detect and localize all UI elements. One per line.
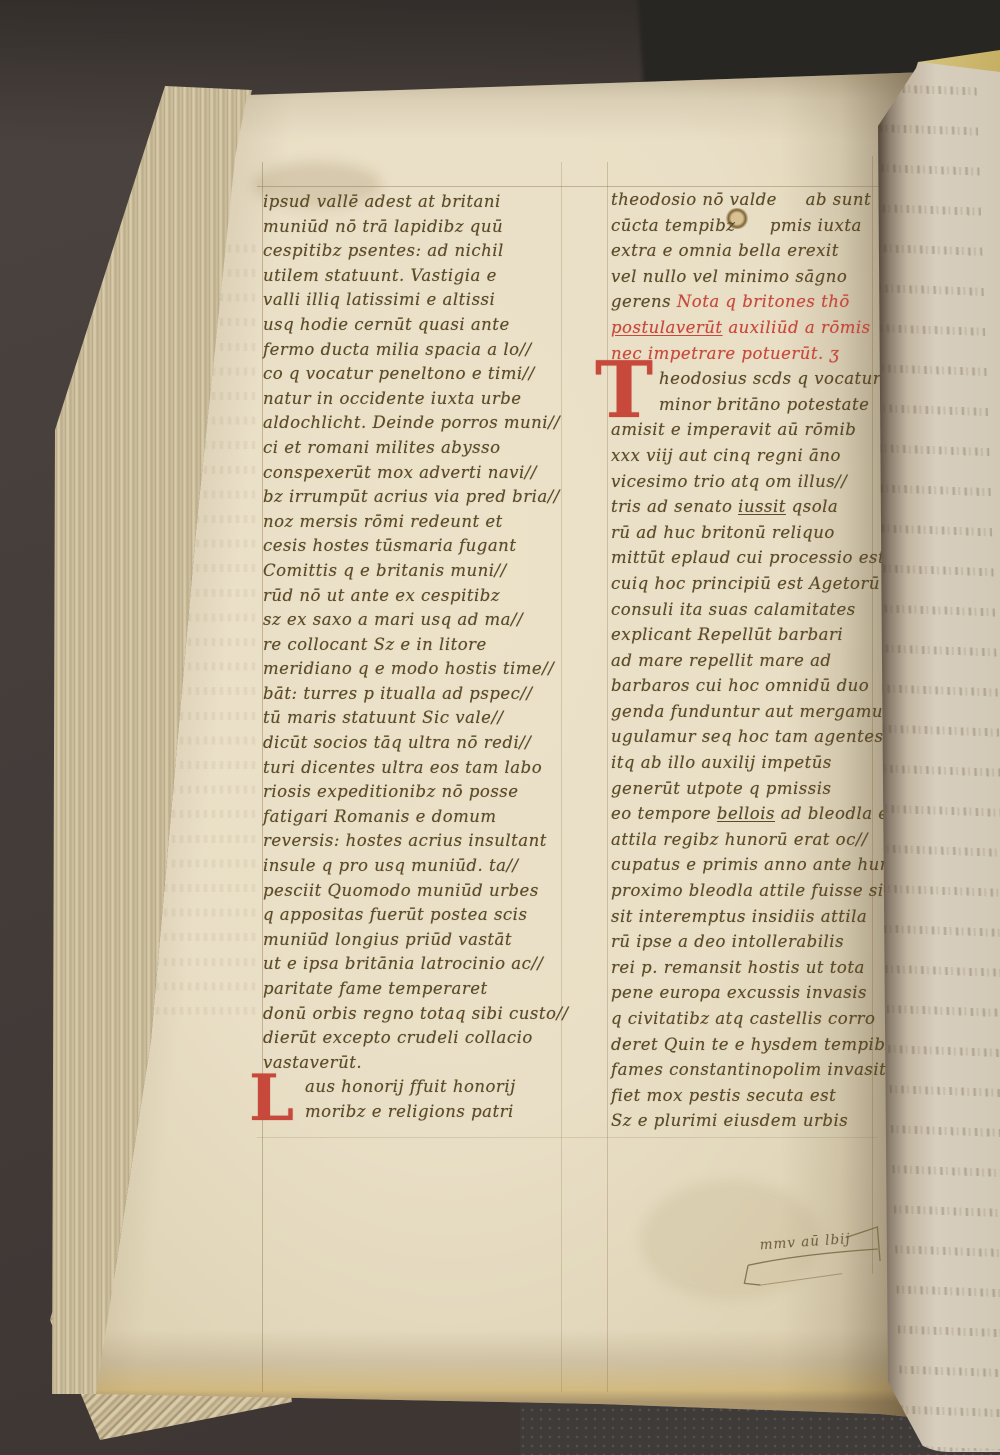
text-line: barbaros cui hoc omnidū duo xyxy=(611,673,887,699)
text-line: pesciit Quomodo muniūd urbes xyxy=(263,879,575,904)
ink-text: ad bleodla e xyxy=(775,804,889,823)
text-line: reversis: hostes acrius insultant xyxy=(263,829,575,854)
theodosius-paragraph-text: heodosius scds q vocaturminor britāno po… xyxy=(611,366,887,1134)
text-line: cuiq hoc principiū est Agetorū xyxy=(611,571,887,597)
right-text-column: theodosio nō valde ab suntcūcta tempibz … xyxy=(611,187,887,1134)
text-line: ci et romani milites abysso xyxy=(263,436,575,461)
text-line: co q vocatur peneltono e timi// xyxy=(263,362,575,387)
text-line: bz irrumpūt acrius via pred bria// xyxy=(263,485,575,510)
ink-text: cuiq hoc principiū est Agetorū xyxy=(611,574,880,593)
text-line: theodosio nō valde ab sunt xyxy=(611,187,887,213)
ink-text: explicant Repellūt barbari xyxy=(611,625,843,644)
ink-text: barbaros cui hoc omnidū duo xyxy=(611,676,869,695)
ink-text: valli illiq latissimi e altissi xyxy=(263,290,495,309)
ink-text: aldochlicht. Deinde porros muni// xyxy=(263,413,560,432)
ink-text: muniūd longius priūd vastāt xyxy=(263,930,512,949)
ink-text: Sz e plurimi eiusdem urbis xyxy=(611,1111,848,1130)
text-line: Comittis q e britanis muni// xyxy=(263,559,575,584)
text-line: utilem statuunt. Vastigia e xyxy=(263,264,575,289)
ink-text: gerens xyxy=(611,292,677,311)
ink-text: q civitatibz atq castellis corro xyxy=(611,1009,875,1028)
ink-text: ci et romani milites abysso xyxy=(263,438,501,457)
ink-text: dierūt excepto crudeli collacio xyxy=(263,1028,533,1047)
text-line: ipsud vallē adest at britani xyxy=(263,190,575,215)
ink-text: fames constantinopolim invasit xyxy=(611,1060,886,1079)
text-line: tū maris statuunt Sic vale// xyxy=(263,706,575,731)
ink-text: vastaverūt. xyxy=(263,1053,362,1072)
text-line: natur in occidente iuxta urbe xyxy=(263,387,575,412)
ink-text: utilem statuunt. Vastigia e xyxy=(263,266,497,285)
ink-text: vel nullo vel minimo sāgno xyxy=(611,267,847,286)
ink-text: cūcta tempibz pmis iuxta xyxy=(611,216,862,235)
laus-paragraph-text: aus honorij ffuit honorijmoribz e religi… xyxy=(263,1075,575,1124)
ink-text: deret Quin te e hysdem tempibz xyxy=(611,1035,895,1054)
ink-text: amisit e imperavit aū rōmib xyxy=(611,420,856,439)
text-line: moribz e religions patri xyxy=(263,1100,575,1125)
text-line: mittūt eplaud cui processio este xyxy=(611,545,887,571)
ink-text: extra e omnia bella erexit xyxy=(611,241,839,260)
text-line: q appositas fuerūt postea scis xyxy=(263,903,575,928)
text-line: usq hodie cernūt quasi ante xyxy=(263,313,575,338)
text-line: aus honorij ffuit honorij xyxy=(263,1075,575,1100)
red-initial-L: L xyxy=(249,1077,295,1124)
ink-text: re collocant Sz e in litore xyxy=(263,635,487,654)
ink-text: itq ab illo auxilij impetūs xyxy=(611,753,832,772)
ink-text: tris ad senato xyxy=(611,497,738,516)
ink-text: bellois xyxy=(717,804,775,823)
ink-text: donū orbis regno totaq sibi custo// xyxy=(263,1004,569,1023)
text-line: ugulamur seq hoc tam agentes xyxy=(611,724,887,750)
next-page-curved-edge xyxy=(878,62,1000,1452)
ink-text: pene europa excussis invasis xyxy=(611,983,867,1002)
ink-text: bz irrumpūt acrius via pred bria// xyxy=(263,487,560,506)
text-line: fames constantinopolim invasit xyxy=(611,1057,887,1083)
ink-text: sit interemptus insidiis attila xyxy=(611,907,867,926)
rubric-text: Nota q britones thō xyxy=(677,292,850,311)
text-line: turi dicentes ultra eos tam labo xyxy=(263,756,575,781)
ink-text: eo tempore xyxy=(611,804,717,823)
ink-text: cesis hostes tūsmaria fugant xyxy=(263,536,516,555)
marginal-note: mmv aū lbij xyxy=(741,1211,903,1310)
ink-text: theodosio nō valde ab sunt xyxy=(611,190,871,209)
rubric-text: postulaverūt xyxy=(611,318,723,337)
text-line: genda funduntur aut mergamur i xyxy=(611,699,887,725)
ink-text: rū ad huc britonū reliquo xyxy=(611,523,835,542)
text-line: cupatus e primis anno ante hunc xyxy=(611,852,887,878)
text-line: fatigari Romanis e domum xyxy=(263,805,575,830)
ink-text: rū ipse a deo intollerabilis xyxy=(611,932,844,951)
text-line: insule q pro usq muniūd. ta// xyxy=(263,854,575,879)
text-line: extra e omnia bella erexit xyxy=(611,238,887,264)
ink-text: pesciit Quomodo muniūd urbes xyxy=(263,881,539,900)
text-line: rei p. remansit hostis ut tota xyxy=(611,955,887,981)
left-paragraph-laus: L aus honorij ffuit honorijmoribz e reli… xyxy=(263,1075,575,1124)
text-line: sit interemptus insidiis attila xyxy=(611,904,887,930)
ink-text: generūt utpote q pmissis xyxy=(611,779,831,798)
text-line: eo tempore bellois ad bleodla e xyxy=(611,801,887,827)
ink-text: fatigari Romanis e domum xyxy=(263,807,497,826)
ink-text: heodosius scds q vocatur xyxy=(659,369,881,388)
ink-text: reversis: hostes acrius insultant xyxy=(263,831,547,850)
text-line: conspexerūt mox adverti navi// xyxy=(263,461,575,486)
text-line: vel nullo vel minimo sāgno xyxy=(611,264,887,290)
ink-text: tū maris statuunt Sic vale// xyxy=(263,708,504,727)
ink-text: fermo ducta milia spacia a lo// xyxy=(263,340,532,359)
ink-text: turi dicentes ultra eos tam labo xyxy=(263,758,542,777)
ink-text: q appositas fuerūt postea scis xyxy=(263,905,527,924)
text-line: noz mersis rōmi redeunt et xyxy=(263,510,575,535)
text-line: aldochlicht. Deinde porros muni// xyxy=(263,411,575,436)
ink-text: noz mersis rōmi redeunt et xyxy=(263,512,503,531)
ink-text: co q vocatur peneltono e timi// xyxy=(263,364,535,383)
right-paragraph-theodosius: T heodosius scds q vocaturminor britāno … xyxy=(611,366,887,1134)
ink-text: rūd nō ut ante ex cespitibz xyxy=(263,586,500,605)
ink-text: attila regibz hunorū erat oc// xyxy=(611,830,868,849)
text-line: itq ab illo auxilij impetūs xyxy=(611,750,887,776)
ink-text: aus honorij ffuit honorij xyxy=(305,1077,516,1096)
text-line: vicesimo trio atq om illus// xyxy=(611,469,887,495)
ink-text: cupatus e primis anno ante hunc xyxy=(611,855,901,874)
ink-text: conspexerūt mox adverti navi// xyxy=(263,463,537,482)
text-line: cesis hostes tūsmaria fugant xyxy=(263,534,575,559)
ink-text: dicūt socios tāq ultra nō redi// xyxy=(263,733,531,752)
ink-text: usq hodie cernūt quasi ante xyxy=(263,315,510,334)
rubric-text: nec impetrare potuerūt. ʒ xyxy=(611,344,839,363)
marginal-note-frame xyxy=(741,1211,903,1310)
ink-text: vicesimo trio atq om illus// xyxy=(611,472,847,491)
ink-text: muniūd nō trā lapidibz quū xyxy=(263,217,503,236)
left-text-column: ipsud vallē adest at britanimuniūd nō tr… xyxy=(263,190,575,1125)
text-line: proximo bleodla attile fuisse sin xyxy=(611,878,887,904)
text-line: q civitatibz atq castellis corro xyxy=(611,1006,887,1032)
text-line: cūcta tempibz pmis iuxta xyxy=(611,213,887,239)
red-initial-T: T xyxy=(595,366,653,416)
text-line: meridiano q e modo hostis time// xyxy=(263,657,575,682)
text-line: vastaverūt. xyxy=(263,1051,575,1076)
ink-text: rei p. remansit hostis ut tota xyxy=(611,958,865,977)
ink-text: qsola xyxy=(786,497,838,516)
text-line: dicūt socios tāq ultra nō redi// xyxy=(263,731,575,756)
ink-text: bāt: turres p itualla ad pspec// xyxy=(263,684,533,703)
text-line: consuli ita suas calamitates xyxy=(611,597,887,623)
rubric-text: auxiliūd a rōmis xyxy=(723,318,871,337)
text-line: amisit e imperavit aū rōmib xyxy=(611,417,887,443)
right-column-top-text: theodosio nō valde ab suntcūcta tempibz … xyxy=(611,187,887,366)
text-line: generūt utpote q pmissis xyxy=(611,776,887,802)
ink-text: iussit xyxy=(738,497,786,516)
text-line: explicant Repellūt barbari xyxy=(611,622,887,648)
text-line: Sz e plurimi eiusdem urbis xyxy=(611,1108,887,1134)
text-line: muniūd nō trā lapidibz quū xyxy=(263,215,575,240)
left-column-text: ipsud vallē adest at britanimuniūd nō tr… xyxy=(263,190,575,1075)
text-line: sz ex saxo a mari usq ad ma// xyxy=(263,608,575,633)
text-line: valli illiq latissimi e altissi xyxy=(263,288,575,313)
text-line: dierūt excepto crudeli collacio xyxy=(263,1026,575,1051)
ink-text: moribz e religions patri xyxy=(305,1102,514,1121)
ink-text: proximo bleodla attile fuisse sin xyxy=(611,881,895,900)
ink-text: ipsud vallē adest at britani xyxy=(263,192,501,211)
ink-text: meridiano q e modo hostis time// xyxy=(263,659,554,678)
ink-text: cespitibz psentes: ad nichil xyxy=(263,241,504,260)
text-line: tris ad senato iussit qsola xyxy=(611,494,887,520)
text-line: deret Quin te e hysdem tempibz xyxy=(611,1032,887,1058)
text-line: fiet mox pestis secuta est xyxy=(611,1083,887,1109)
text-line: attila regibz hunorū erat oc// xyxy=(611,827,887,853)
ink-text: mittūt eplaud cui processio este xyxy=(611,548,895,567)
text-line: rūd nō ut ante ex cespitibz xyxy=(263,584,575,609)
ink-text: minor britāno potestate xyxy=(659,395,869,414)
text-line: postulaverūt auxiliūd a rōmis xyxy=(611,315,887,341)
manuscript-photo-scene: ipsud vallē adest at britanimuniūd nō tr… xyxy=(0,0,1000,1455)
ink-text: ad mare repellit mare ad xyxy=(611,651,832,670)
ink-text: insule q pro usq muniūd. ta// xyxy=(263,856,519,875)
ink-text: consuli ita suas calamitates xyxy=(611,600,856,619)
text-line: donū orbis regno totaq sibi custo// xyxy=(263,1002,575,1027)
text-line: bāt: turres p itualla ad pspec// xyxy=(263,682,575,707)
text-line: ut e ipsa britānia latrocinio ac// xyxy=(263,952,575,977)
ink-text: sz ex saxo a mari usq ad ma// xyxy=(263,610,523,629)
text-line: paritate fame temperaret xyxy=(263,977,575,1002)
ink-text: Comittis q e britanis muni// xyxy=(263,561,507,580)
ink-text: fiet mox pestis secuta est xyxy=(611,1086,836,1105)
ink-text: ut e ipsa britānia latrocinio ac// xyxy=(263,954,543,973)
ink-text: genda funduntur aut mergamur i xyxy=(611,702,903,721)
text-line: riosis expeditionibz nō posse xyxy=(263,780,575,805)
ink-text: natur in occidente iuxta urbe xyxy=(263,389,522,408)
ink-text: paritate fame temperaret xyxy=(263,979,488,998)
text-line: re collocant Sz e in litore xyxy=(263,633,575,658)
text-line: rū ipse a deo intollerabilis xyxy=(611,929,887,955)
text-line: xxx viij aut cinq regni āno xyxy=(611,443,887,469)
ink-text: ugulamur seq hoc tam agentes xyxy=(611,727,883,746)
text-line: cespitibz psentes: ad nichil xyxy=(263,239,575,264)
text-line: muniūd longius priūd vastāt xyxy=(263,928,575,953)
text-line: ad mare repellit mare ad xyxy=(611,648,887,674)
ink-text: xxx viij aut cinq regni āno xyxy=(611,446,841,465)
ruling-line-horizontal xyxy=(257,1137,877,1138)
text-line: fermo ducta milia spacia a lo// xyxy=(263,338,575,363)
text-line: nec impetrare potuerūt. ʒ xyxy=(611,341,887,367)
text-line: gerens Nota q britones thō xyxy=(611,289,887,315)
text-line: pene europa excussis invasis xyxy=(611,980,887,1006)
ink-text: riosis expeditionibz nō posse xyxy=(263,782,519,801)
text-line: rū ad huc britonū reliquo xyxy=(611,520,887,546)
